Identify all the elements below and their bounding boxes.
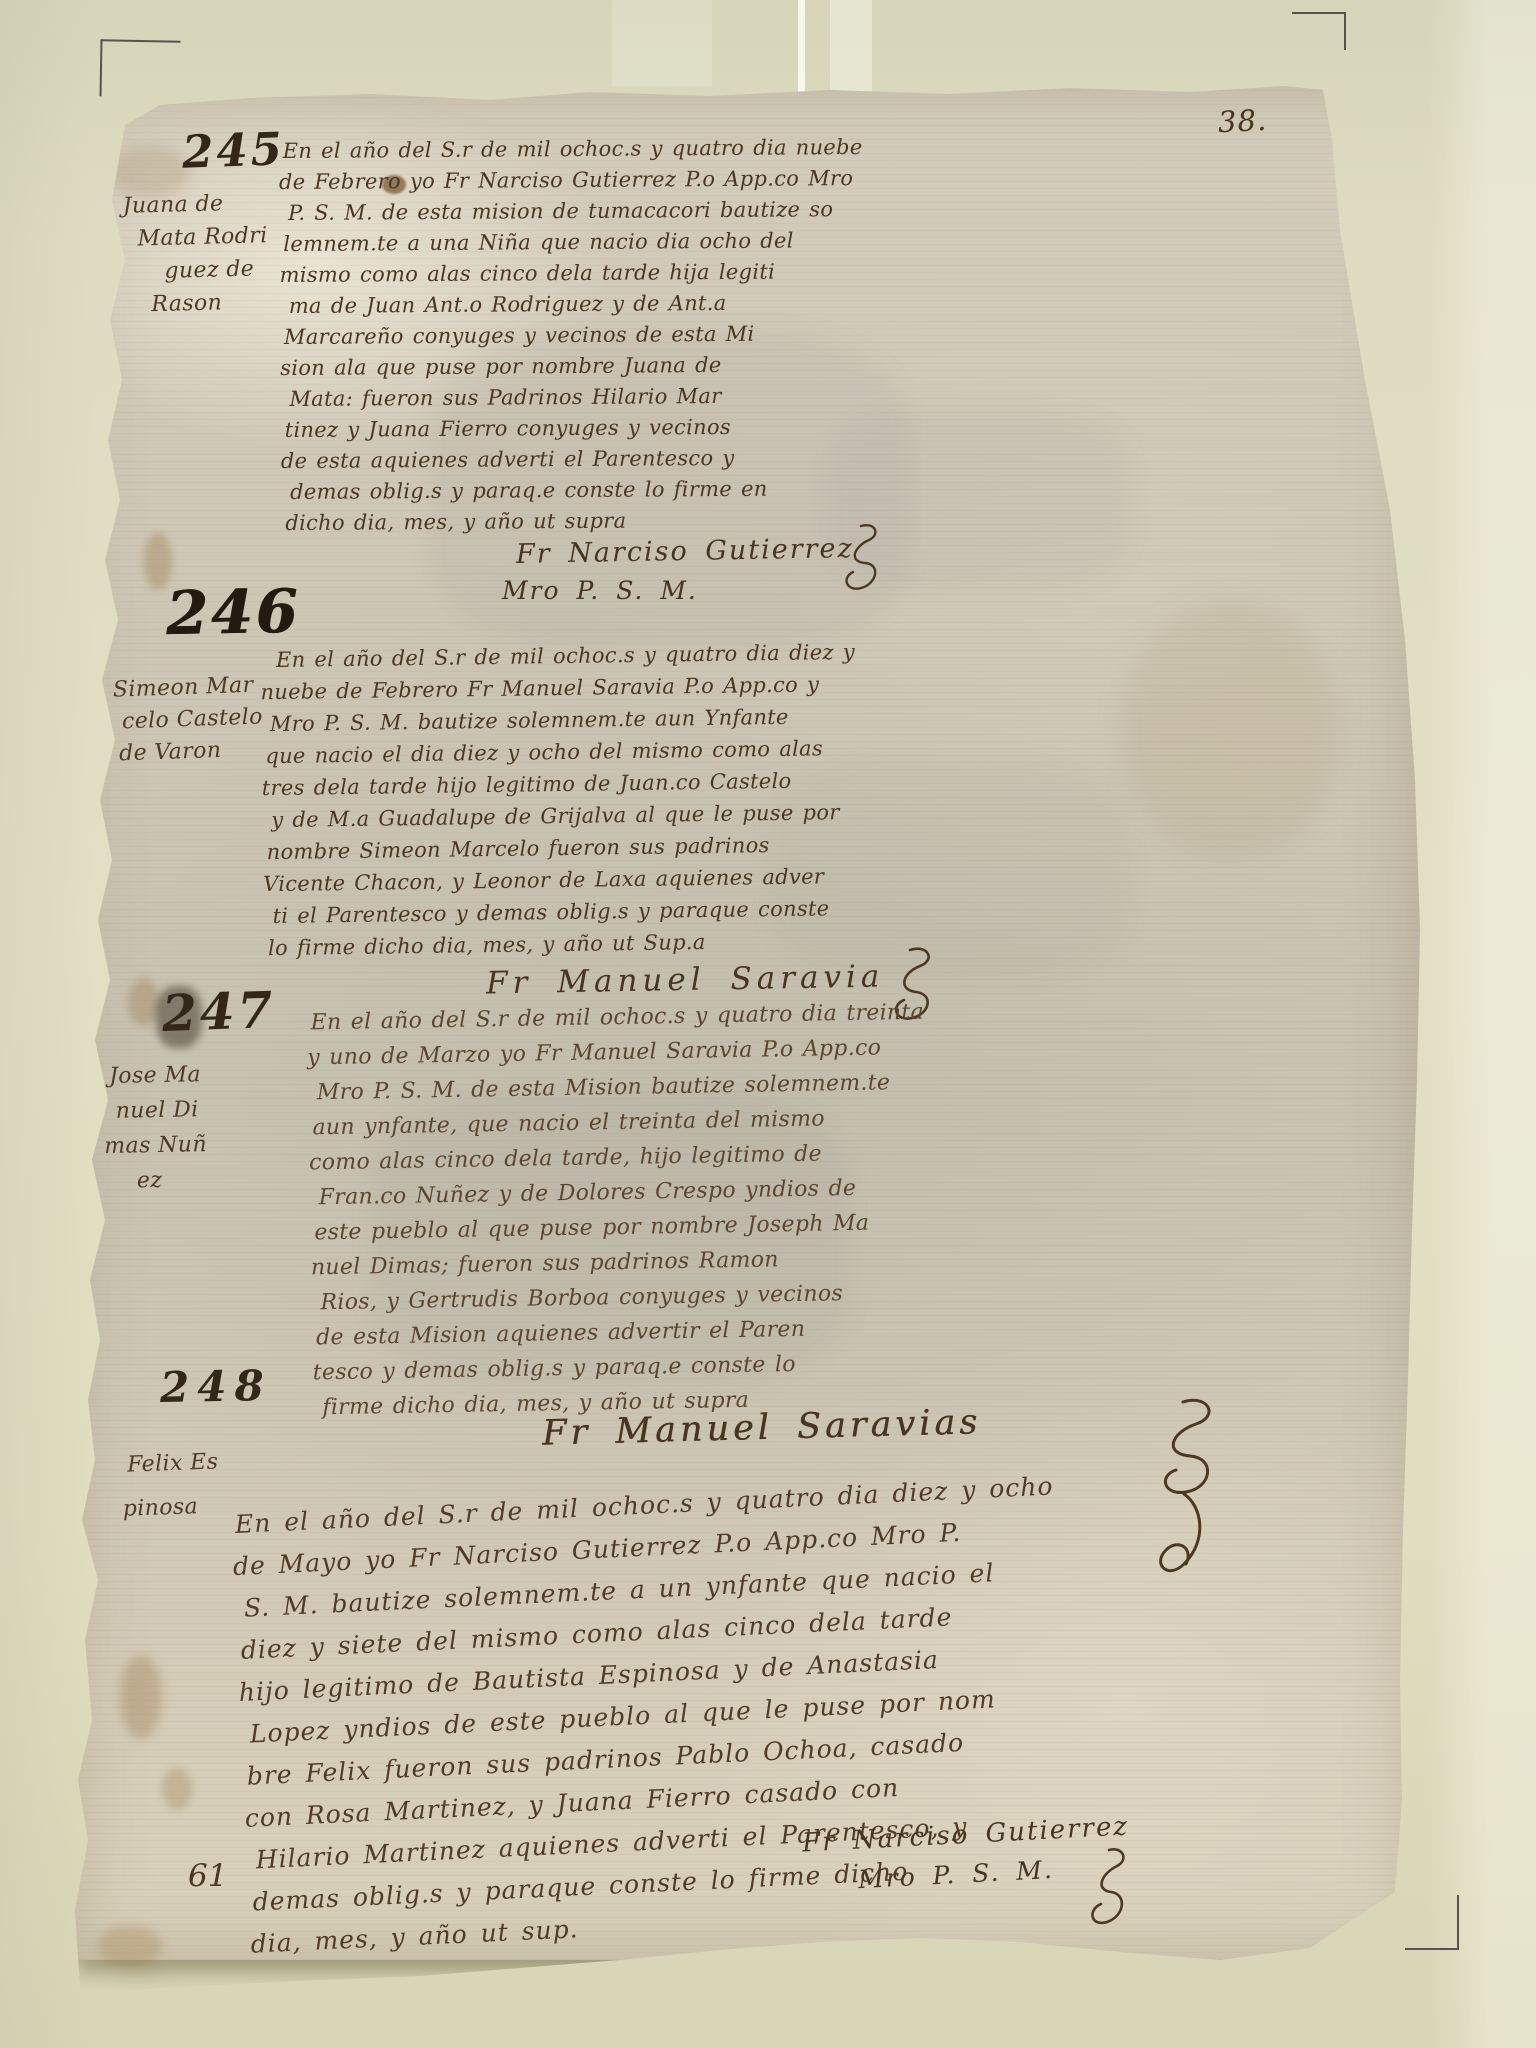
entry-245-margin-name: Juana deMata Rodriguez deRason	[122, 186, 269, 322]
manuscript-line: Juana de	[122, 186, 267, 223]
stain	[162, 1768, 192, 1810]
pencil-corner-mark-top-right	[1292, 12, 1346, 50]
manuscript-line: Rason	[151, 285, 270, 321]
manuscript-line: de Febrero yo Fr Narciso Gutierrez P.o A…	[279, 163, 863, 198]
manuscript-line: P. S. M. de esta mision de tumacacori ba…	[288, 194, 863, 229]
stain	[120, 1655, 162, 1739]
entry-246-body: En el año del S.r de mil ochoc.s y quatr…	[264, 636, 859, 964]
entry-246-signature: Fr Manuel Saravia	[486, 959, 885, 1002]
manuscript-line: ma de Juan Ant.o Rodriguez y de Ant.a	[289, 287, 864, 322]
manuscript-sheet: 38. 245 Juana deMata Rodriguez deRason E…	[70, 80, 1420, 1960]
manuscript-line: Felix Es	[126, 1440, 219, 1487]
mounting-hinge-strip	[798, 0, 805, 92]
mounting-hinge-strip	[612, 0, 712, 86]
signature-rubric	[1078, 1844, 1140, 1940]
manuscript-line: En el año del S.r de mil ochoc.s y quatr…	[283, 132, 863, 167]
manuscript-line: mas Nuñ	[104, 1127, 207, 1164]
manuscript-line: de Varon	[119, 733, 265, 770]
manuscript-line: celo Castelo	[121, 701, 263, 738]
entry-247-number: 247	[161, 980, 276, 1043]
signature-rubric	[1128, 1392, 1238, 1592]
entry-245-body: En el año del S.r de mil ochoc.s y quatr…	[283, 132, 866, 539]
pencil-corner-mark-top-left	[100, 39, 181, 97]
entry-247-body: En el año del S.r de mil ochoc.s y quatr…	[310, 995, 931, 1426]
manuscript-line: tinez y Juana Fierro conyuges y vecinos	[285, 411, 865, 446]
manuscript-line: nuel Di	[115, 1092, 206, 1129]
mounting-hinge-strip	[830, 0, 872, 92]
manuscript-line: pinosa	[122, 1484, 221, 1531]
manuscript-line: guez de	[164, 252, 269, 288]
entry-248-number: 248	[160, 1361, 273, 1412]
manuscript-line: lemnem.te a una Niña que nacio dia ocho …	[283, 225, 863, 260]
entry-245-signature-title: Mro P. S. M.	[502, 576, 698, 605]
stain	[1120, 600, 1340, 860]
entry-246-margin-name: Simeon Marcelo Castelode Varon	[112, 669, 264, 770]
stain	[98, 1925, 162, 1967]
manuscript-line: Mata: fueron sus Padrinos Hilario Mar	[289, 380, 864, 415]
entry-245-number: 245	[181, 122, 286, 179]
manuscript-line: demas oblig.s y paraq.e conste lo firme …	[290, 473, 865, 508]
manuscript-line: Simeon Mar	[112, 669, 262, 706]
pencil-corner-mark-bottom-right	[1405, 1895, 1459, 1950]
entry-248-margin-name: Felix Espinosa	[126, 1440, 220, 1531]
sheet-number-bottom-left: 61	[188, 1858, 227, 1894]
manuscript-line: mismo como alas cinco dela tarde hija le…	[279, 256, 863, 291]
manuscript-line: Mata Rodri	[137, 219, 268, 255]
entry-245-signature: Fr Narciso Gutierrez	[516, 533, 854, 570]
manuscript-line: sion ala que puse por nombre Juana de	[280, 349, 864, 384]
archival-photo-of-baptismal-register-page: 38. 245 Juana deMata Rodriguez deRason E…	[0, 0, 1536, 2048]
manuscript-line: ez	[137, 1162, 208, 1198]
signature-rubric	[832, 520, 890, 598]
entry-247-margin-name: Jose Manuel Dimas Nuñez	[109, 1057, 208, 1199]
entry-246-number: 246	[165, 577, 300, 649]
entry-248-body: En el año del S.r de mil ochoc.s y quatr…	[234, 1465, 1074, 1965]
manuscript-line: Marcareño conyuges y vecinos de esta Mi	[284, 318, 864, 353]
manuscript-line: de esta aquienes adverti el Parentesco y	[281, 442, 865, 477]
manuscript-line: lo firme dicho dia, mes, y año ut Sup.a	[268, 924, 859, 964]
manuscript-line: Jose Ma	[109, 1057, 206, 1094]
folio-page-number: 38.	[1217, 103, 1268, 140]
